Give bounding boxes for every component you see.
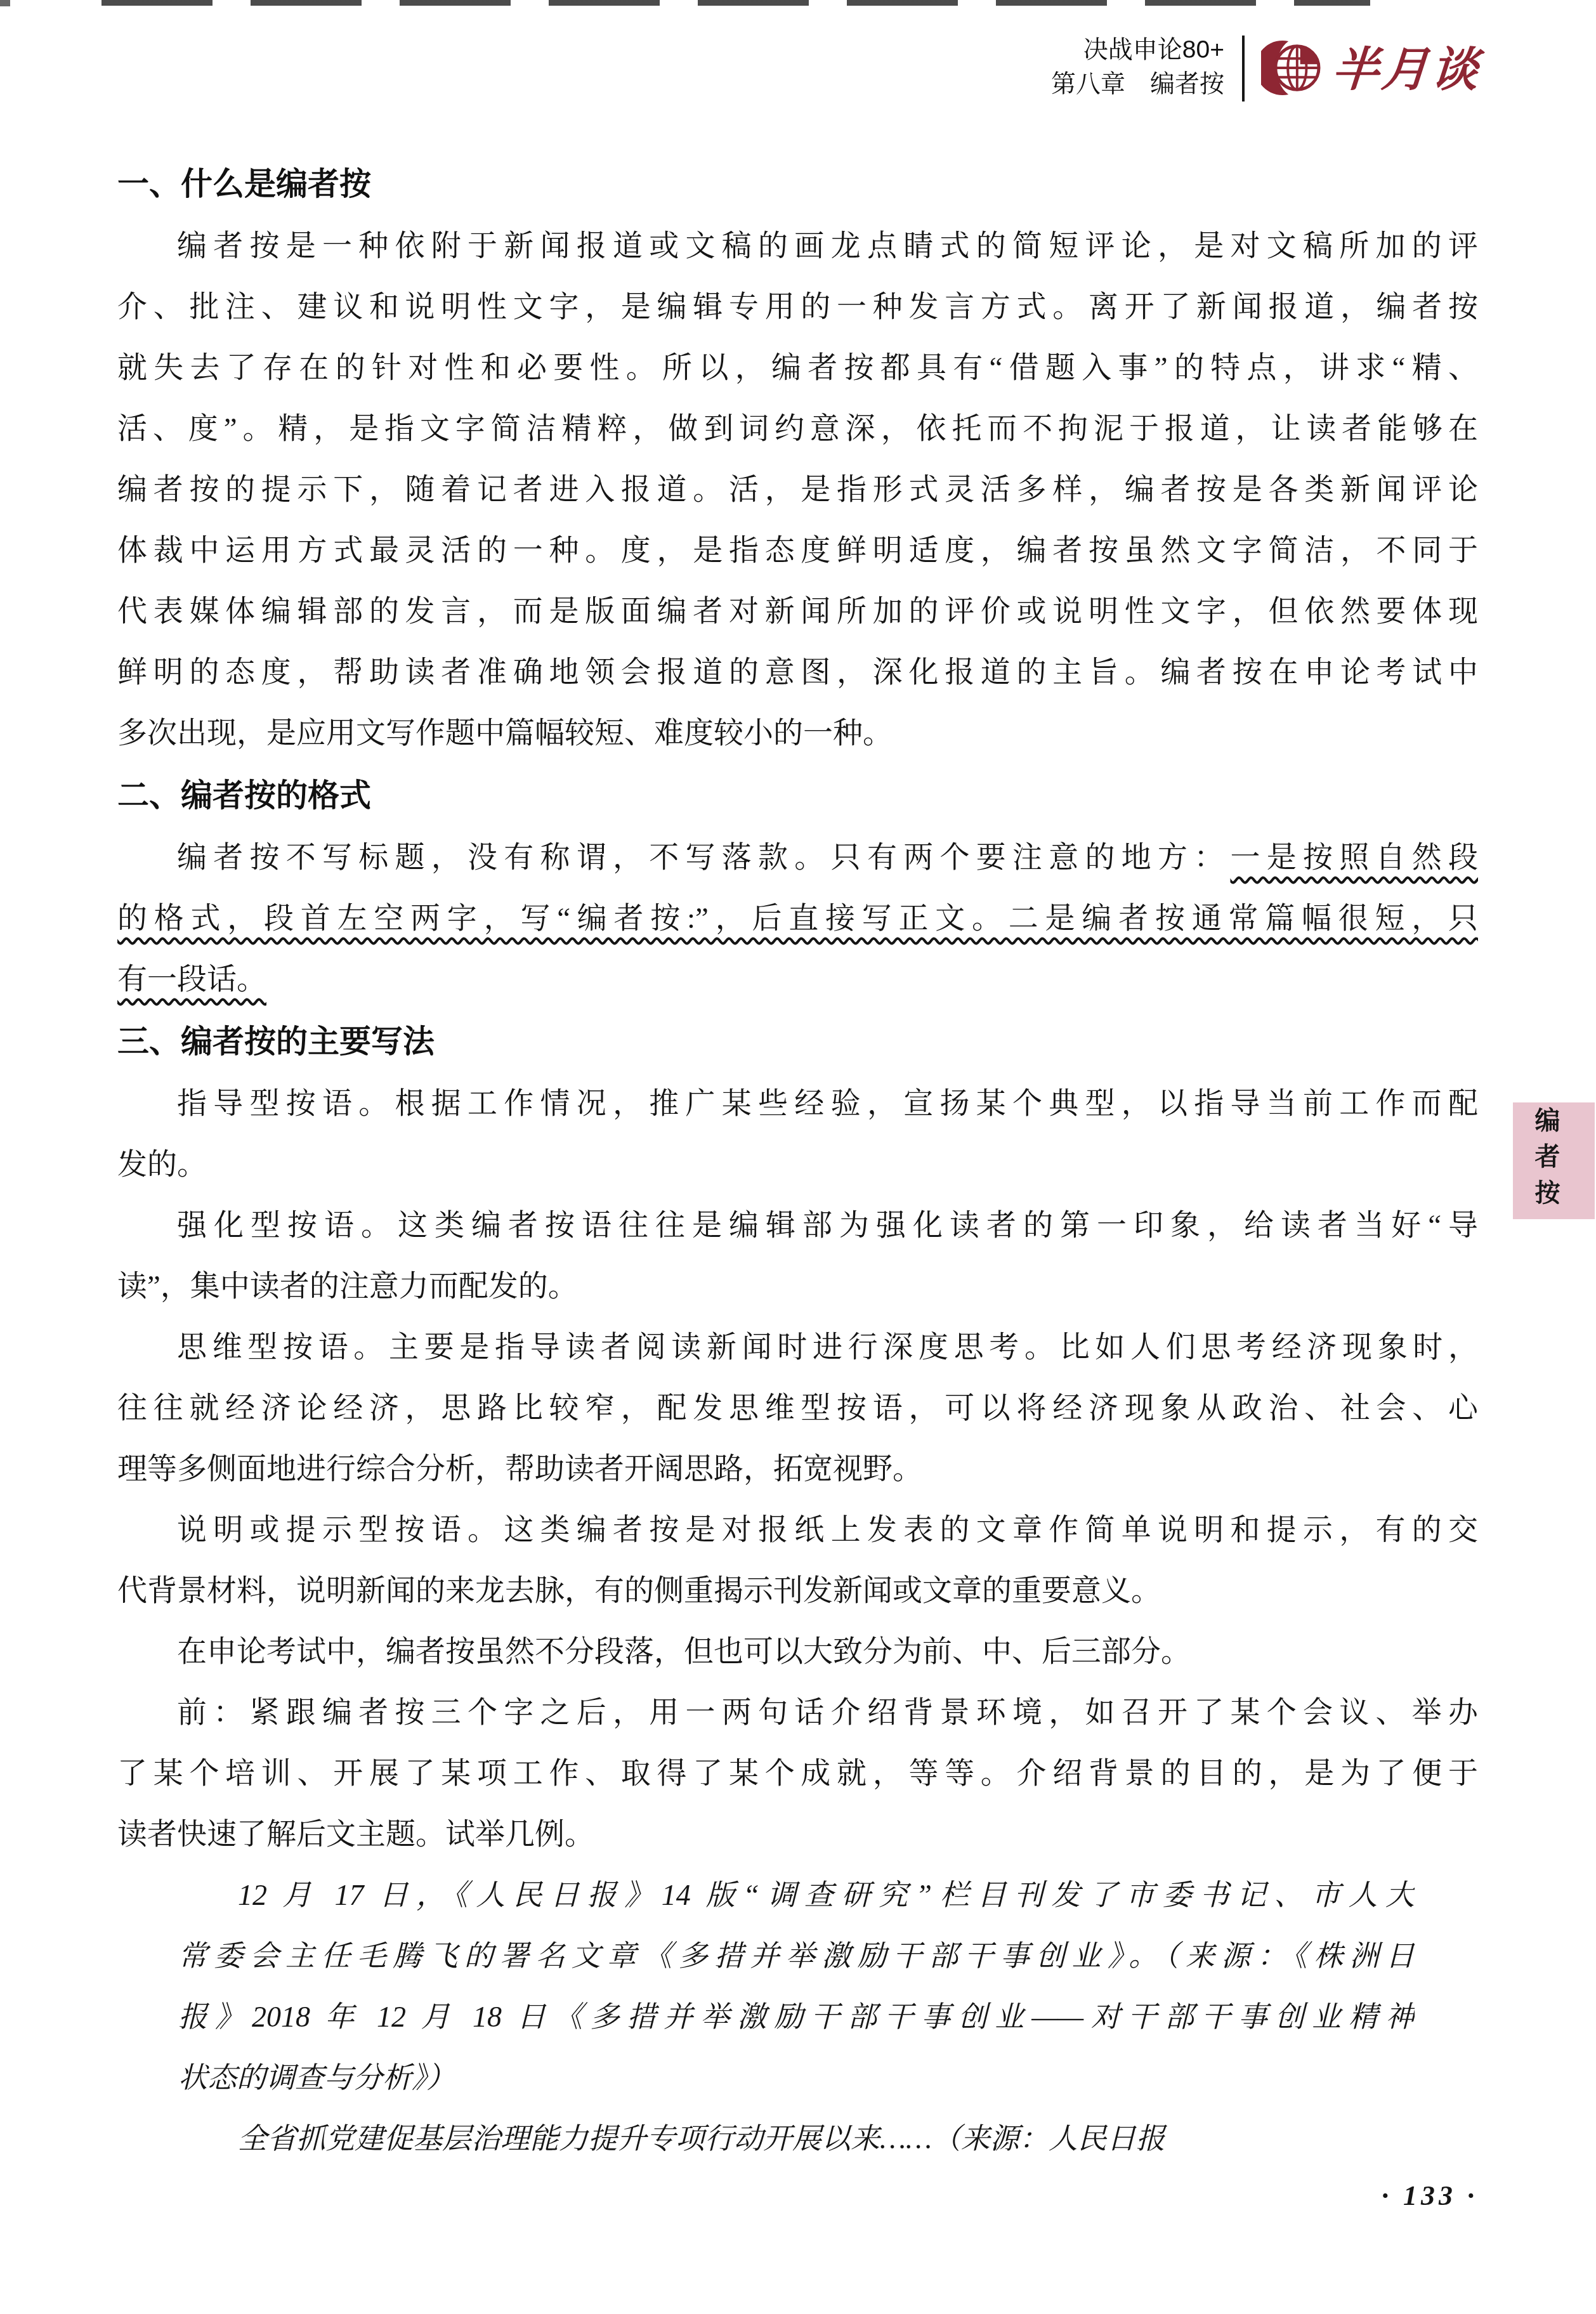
text-line: 多次出现，是应用文写作题中篇幅较短、难度较小的一种。 [117, 703, 1478, 764]
text-line: 前：紧跟编者按三个字之后，用一两句话介绍背景环境，如召开了某个会议、举办 [117, 1682, 1478, 1743]
text-line: 代背景材料，说明新闻的来龙去脉，有的侧重揭示刊发新闻或文章的重要意义。 [117, 1560, 1478, 1621]
text-line: 读”，集中读者的注意力而配发的。 [117, 1256, 1478, 1317]
text-line: 了某个培训、开展了某项工作、取得了某个成就，等等。介绍背景的目的，是为了便于 [117, 1743, 1478, 1804]
book-title: 决战申论80+ [1009, 33, 1224, 67]
globe-icon [1261, 39, 1323, 100]
wavy-underlined-text: 一是按照自然段 [1230, 841, 1478, 874]
example-line: 全省抓党建促基层治理能力提升专项行动开展以来……（来源：人民日报 [178, 2108, 1415, 2169]
text-run: 编者按不写标题，没有称谓，不写落款。只有两个要注意的地方： [177, 841, 1230, 874]
text-line: 强化型按语。这类编者按语往往是编辑部为强化读者的第一印象，给读者当好“导 [117, 1195, 1478, 1256]
wavy-underlined-text: 的格式，段首左空两字，写“编者按:”，后直接写正文。二是编者按通常篇幅很短，只 [117, 888, 1478, 949]
example-quote-block: 12 月 17 日，《人民日报》14 版“调查研究”栏目刊发了市委书记、市人大 … [178, 1865, 1415, 2169]
example-line: 状态的调查与分析》） [178, 2048, 1415, 2108]
text-line: 编者按是一种依附于新闻报道或文稿的画龙点睛式的简短评论，是对文稿所加的评 [117, 216, 1478, 277]
example-line: 报》2018 年 12 月 18 日《多措并举激励干部干事创业——对干部干事创业… [178, 1987, 1415, 2048]
scan-artifact-corner [0, 0, 10, 6]
page-number: · 133 · [1382, 2180, 1478, 2212]
header-divider [1242, 36, 1245, 101]
book-page: { "header": { "book_title": "决战申论80+", "… [0, 0, 1596, 2314]
text-line: 往往就经济论经济，思路比较窄，配发思维型按语，可以将经济现象从政治、社会、心 [117, 1378, 1478, 1439]
text-line: 编者按不写标题，没有称谓，不写落款。只有两个要注意的地方：一是按照自然段 [117, 827, 1478, 888]
chapter-title: 第八章 编者按 [1009, 67, 1224, 101]
text-line: 活、度”。精，是指文字简洁精粹，做到词约意深，依托而不拘泥于报道，让读者能够在 [117, 398, 1478, 459]
text-line: 就失去了存在的针对性和必要性。所以，编者按都具有“借题入事”的特点，讲求“精、 [117, 337, 1478, 398]
text-line: 理等多侧面地进行综合分析，帮助读者开阔思路，拓宽视野。 [117, 1439, 1478, 1500]
text-line: 在申论考试中，编者按虽然不分段落，但也可以大致分为前、中、后三部分。 [117, 1621, 1478, 1682]
side-tab-label: 编者按 [1527, 1107, 1564, 1215]
page-header: 决战申论80+ 第八章 编者按 [1009, 33, 1224, 101]
text-line: 读者快速了解后文主题。试举几例。 [117, 1804, 1478, 1865]
text-line: 编者按的提示下，随着记者进入报道。活，是指形式灵活多样，编者按是各类新闻评论 [117, 459, 1478, 520]
section-heading-2: 二、编者按的格式 [117, 764, 1478, 827]
text-line: 体裁中运用方式最灵活的一种。度，是指态度鲜明适度，编者按虽然文字简洁，不同于 [117, 520, 1478, 581]
example-line: 常委会主任毛腾飞的署名文章《多措并举激励干部干事创业》。（来源：《株洲日 [178, 1926, 1415, 1987]
text-line: 介、批注、建议和说明性文字，是编辑专用的一种发言方式。离开了新闻报道，编者按 [117, 277, 1478, 337]
text-line: 指导型按语。根据工作情况，推广某些经验，宣扬某个典型，以指导当前工作而配 [117, 1073, 1478, 1134]
example-line: 12 月 17 日，《人民日报》14 版“调查研究”栏目刊发了市委书记、市人大 [178, 1865, 1415, 1926]
brand-logo: 半月谈 [1261, 39, 1481, 100]
text-line: 说明或提示型按语。这类编者按是对报纸上发表的文章作简单说明和提示，有的交 [117, 1500, 1478, 1560]
brand-name: 半月谈 [1330, 42, 1482, 97]
text-line: 鲜明的态度，帮助读者准确地领会报道的意图，深化报道的主旨。编者按在申论考试中 [117, 642, 1478, 703]
text-line: 代表媒体编辑部的发言，而是版面编者对新闻所加的评价或说明性文字，但依然要体现 [117, 581, 1478, 642]
scan-artifact [101, 0, 1370, 6]
wavy-underlined-text: 有一段话。 [117, 949, 1478, 1010]
chapter-side-tab: 编者按 [1513, 1102, 1595, 1219]
text-line: 发的。 [117, 1134, 1478, 1195]
page-body: 一、什么是编者按 编者按是一种依附于新闻报道或文稿的画龙点睛式的简短评论，是对文… [117, 152, 1478, 2169]
section-heading-1: 一、什么是编者按 [117, 152, 1478, 216]
text-line: 思维型按语。主要是指导读者阅读新闻时进行深度思考。比如人们思考经济现象时， [117, 1317, 1478, 1378]
section-heading-3: 三、编者按的主要写法 [117, 1010, 1478, 1073]
